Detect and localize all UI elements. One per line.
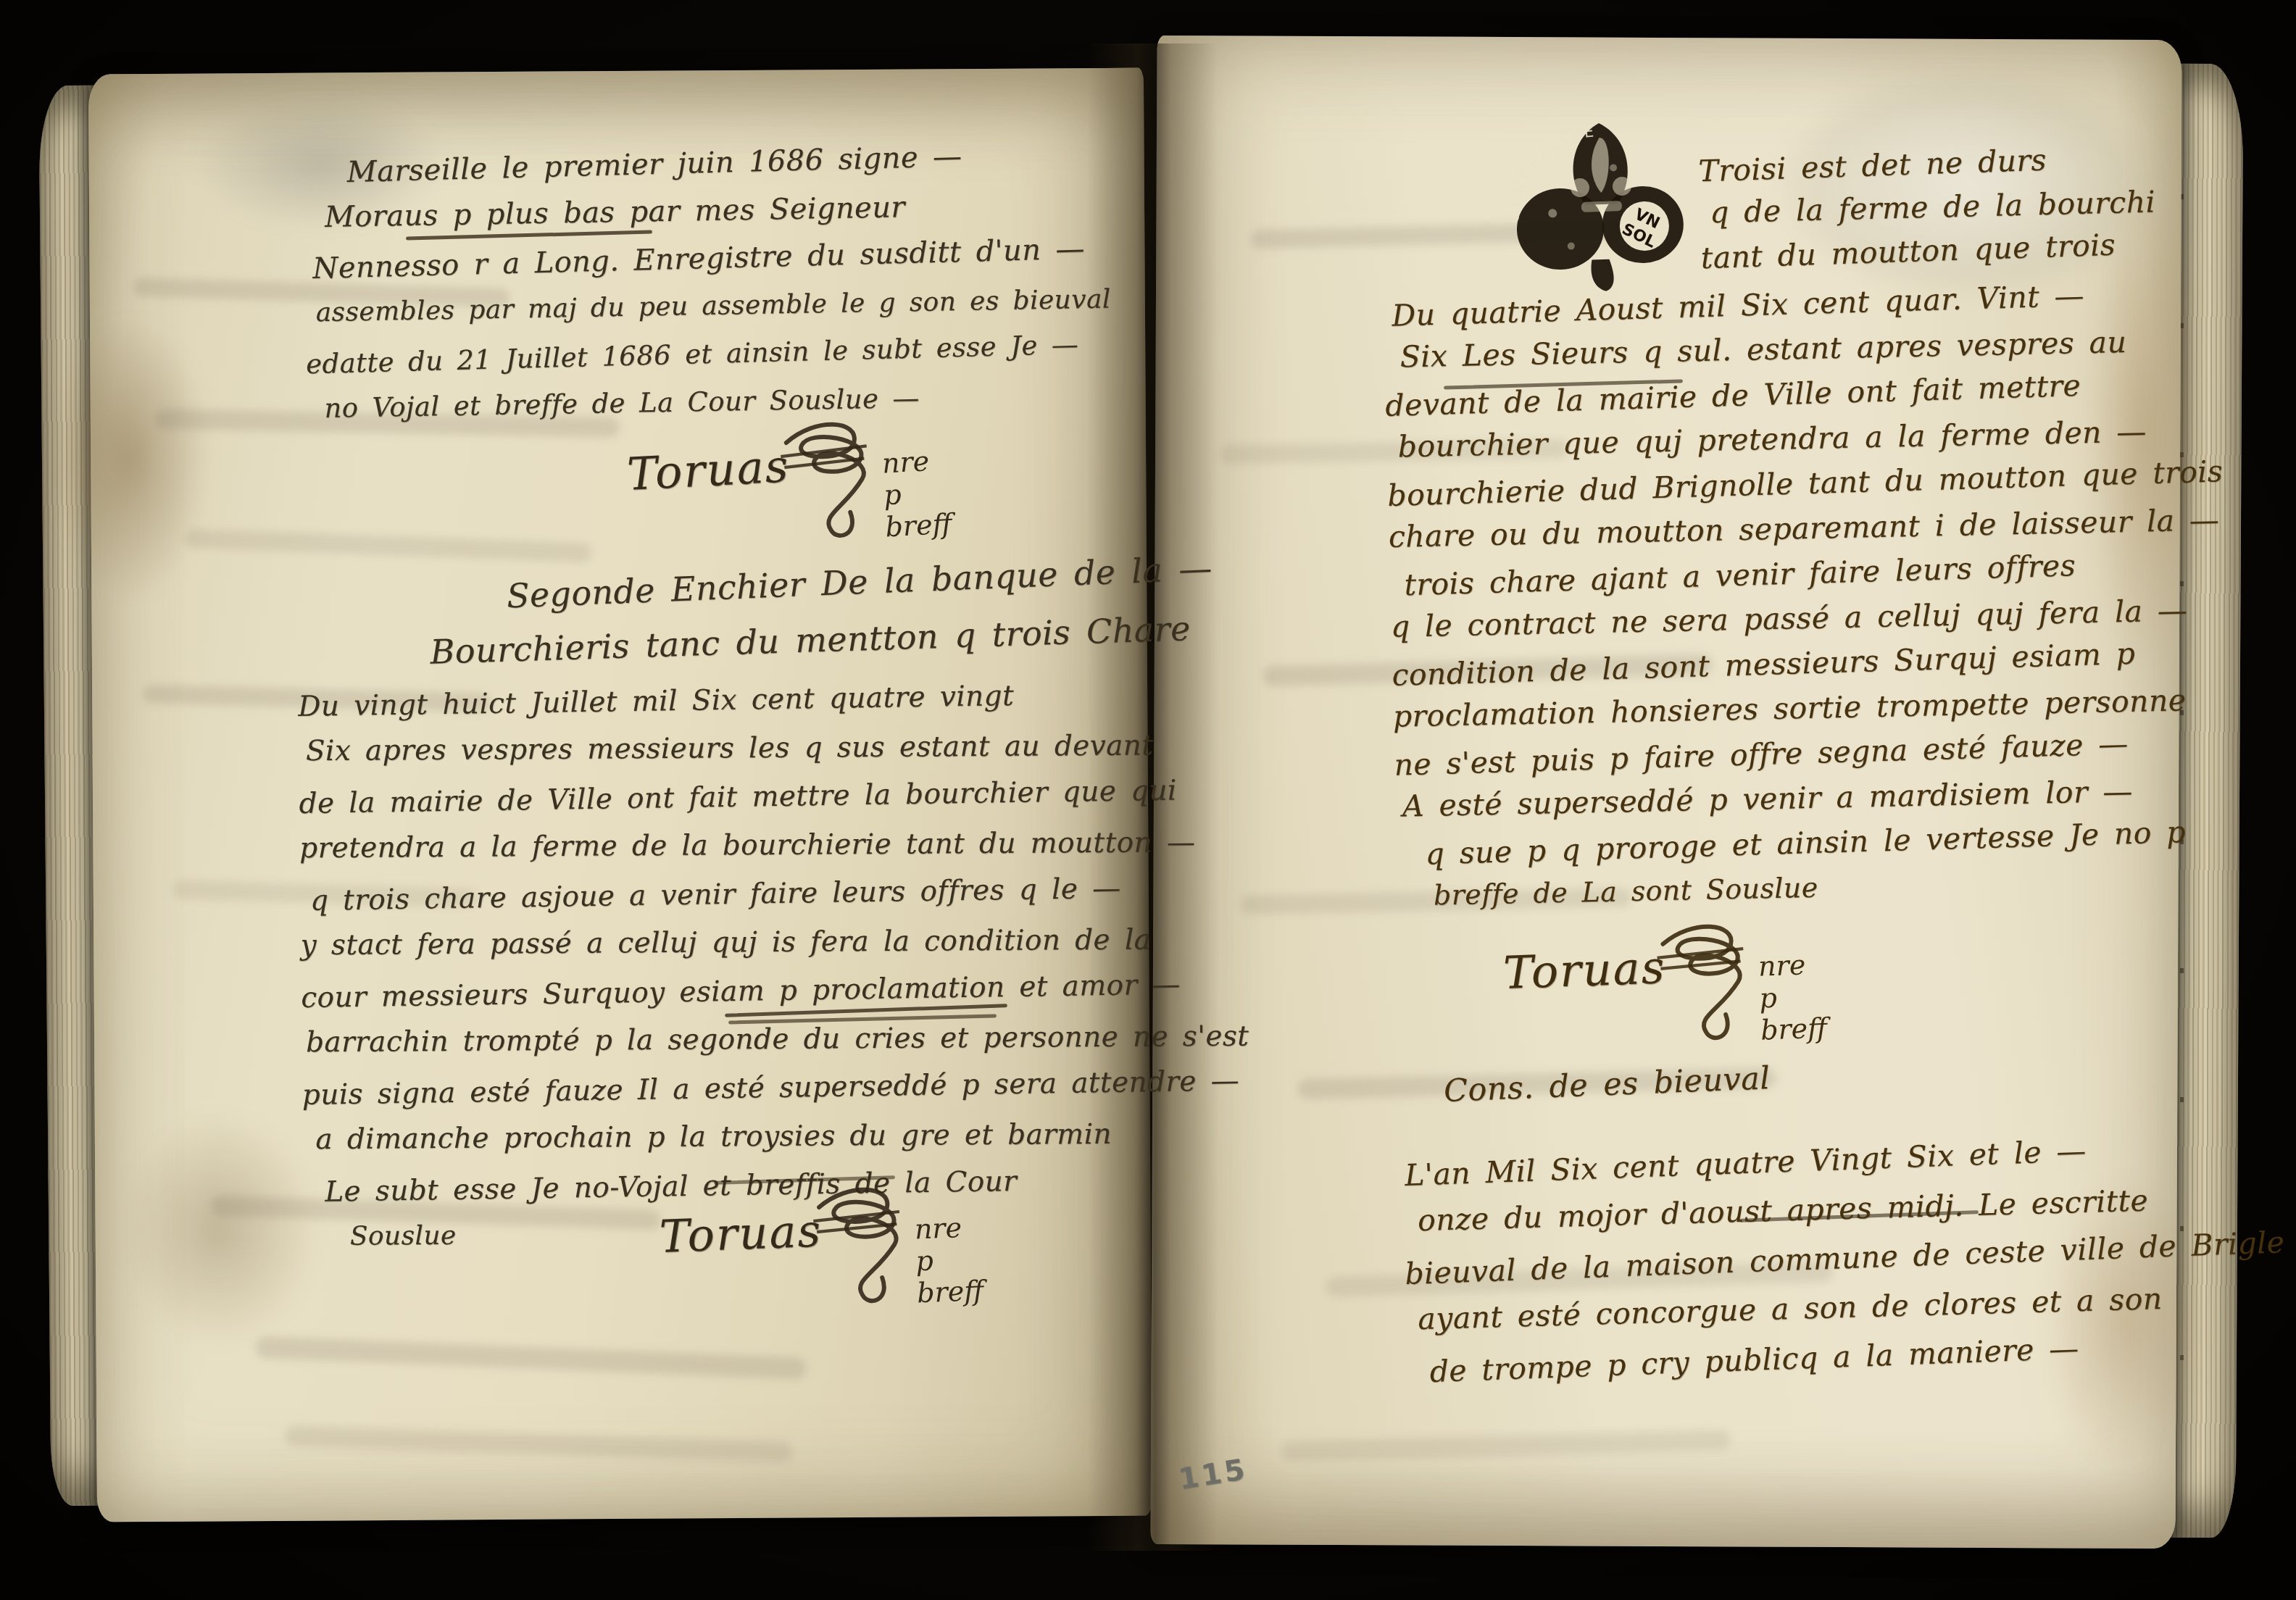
signature-suffix: nre p breff	[881, 444, 953, 543]
manuscript-photo: Marseille le premier juin 1686 signe —Mo…	[0, 0, 2296, 1600]
ink-showthrough	[186, 529, 592, 562]
signature-name: Toruas	[625, 439, 791, 501]
publication-paragraph: L'an Mil Six cent quatre Vingt Six et le…	[1404, 1121, 2289, 1395]
signature-suffix: nre p breff	[914, 1211, 984, 1309]
right-body-paragraph: Du quatrie Aoust mil Six cent quar. Vint…	[1383, 271, 2234, 920]
right-entry-heading: Troisi est det ne dursq de la ferme de l…	[1698, 136, 2158, 278]
ink-showthrough	[255, 1336, 807, 1380]
ink-showthrough	[285, 1425, 793, 1462]
ink-stain	[117, 1109, 321, 1350]
signature-paraph	[766, 408, 897, 559]
signature-name: Toruas	[659, 1204, 823, 1263]
ink-stain	[46, 312, 215, 603]
signature-paraph	[1644, 911, 1772, 1060]
fiscal-tax-stamp: GENERALITE VN SOL	[1506, 114, 1698, 302]
signature-paraph	[799, 1174, 928, 1323]
signature-name: Toruas	[1502, 941, 1667, 999]
ink-showthrough	[1281, 1430, 1731, 1462]
left-opening-paragraph: Marseille le premier juin 1686 signe —Mo…	[301, 130, 1113, 434]
left-body-paragraph: Du vingt huict Juillet mil Six cent quat…	[298, 670, 1252, 1263]
signature-suffix: nre p breff	[1758, 949, 1827, 1046]
